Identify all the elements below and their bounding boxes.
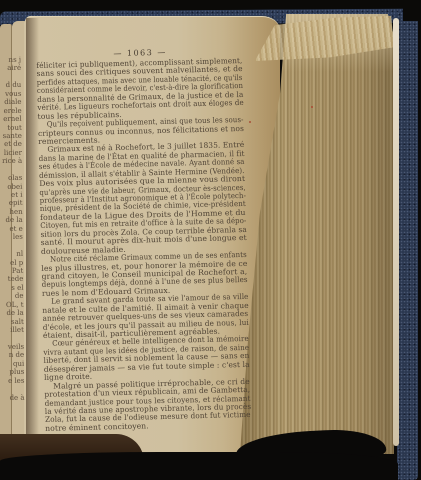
paragraph: Grimaux est né à Rochefort, le 3 juillet… — [38, 141, 249, 256]
left-page-fragment — [0, 73, 23, 82]
left-page-fragment: illet — [3, 326, 26, 335]
left-page-fragment: d du — [0, 81, 23, 90]
left-page-fragment: diale — [0, 98, 23, 107]
left-page-fragment: salt — [3, 317, 26, 326]
paragraph: Cœur généreux et belle intelligence dont… — [43, 335, 252, 382]
left-page-fragment: s el — [2, 284, 25, 293]
left-page-fragment — [1, 165, 24, 174]
cover-lining-strip — [393, 18, 399, 446]
left-page-fragment: hen — [2, 208, 25, 217]
left-page-fragment: et i — [1, 191, 24, 200]
left-page-fragment: tout — [1, 123, 24, 132]
book-photo: ns jairéd duvousdialeereleerneltoutsante… — [0, 0, 421, 480]
left-page-fragment: obei — [1, 182, 24, 191]
left-page-fragment — [4, 419, 27, 428]
background-corner — [403, 0, 421, 21]
background-bottom — [0, 452, 398, 480]
left-page-fragment — [4, 410, 27, 419]
left-page-fragment: tede — [2, 275, 25, 284]
left-page-fragment: Pat — [2, 267, 25, 276]
left-page-fragment: rice à — [1, 157, 24, 166]
page-text-block: — 1063 — féliciter ici publiquement), ac… — [36, 45, 253, 433]
paragraph: Malgré un passé politique irréprochable,… — [44, 377, 253, 433]
left-page-fragment: de à — [4, 393, 27, 402]
book-cover-right-board — [397, 12, 418, 480]
left-page-text-fragments: ns jairéd duvousdialeereleerneltoutsante… — [0, 56, 27, 427]
left-page-fragment: e les — [3, 376, 26, 385]
red-fleck — [311, 106, 313, 108]
left-page-fragment — [3, 334, 26, 343]
left-page-fragment: de la — [2, 216, 25, 225]
left-page-fragment: qui — [3, 359, 26, 368]
left-page-fragment: plus — [3, 368, 26, 377]
left-page-fragment — [3, 385, 26, 394]
left-page-fragment: et e — [2, 224, 25, 233]
body-paragraphs: féliciter ici publiquement), accomplissa… — [36, 57, 253, 433]
left-page-fragment: de la — [3, 309, 26, 318]
left-page-fragment: licier — [1, 149, 24, 158]
left-page-fragment — [2, 241, 25, 250]
left-page-fragment: airé — [0, 64, 23, 73]
paragraph: féliciter ici publiquement), accomplissa… — [36, 57, 245, 121]
left-page-fragment: vous — [0, 90, 23, 99]
left-page-fragment: erele — [1, 106, 24, 115]
left-page-fragment: et de — [1, 140, 24, 149]
left-page-fragment — [4, 402, 27, 411]
paragraph: Le grand savant garda toute sa vie l'amo… — [42, 293, 251, 340]
red-fleck — [249, 121, 251, 123]
left-page-fragment: olas — [1, 174, 24, 183]
left-page-fragment: el p — [2, 258, 25, 267]
left-page-fragment: sante — [1, 132, 24, 141]
left-page-fragment: veils — [3, 343, 26, 352]
paragraph: Notre cité réclame Grimaux comme un de s… — [41, 251, 250, 298]
left-page-fragment: nl — [2, 250, 25, 259]
left-page-fragment: les — [2, 233, 25, 242]
left-page-fragment: OL, t — [3, 300, 26, 309]
left-page-fragment: de — [2, 292, 25, 301]
left-page-fragment: ernel — [1, 115, 24, 124]
left-page-fragment: n de — [3, 351, 26, 360]
left-page-fragment: epit — [2, 199, 25, 208]
left-page-fragment: ns j — [0, 56, 23, 65]
